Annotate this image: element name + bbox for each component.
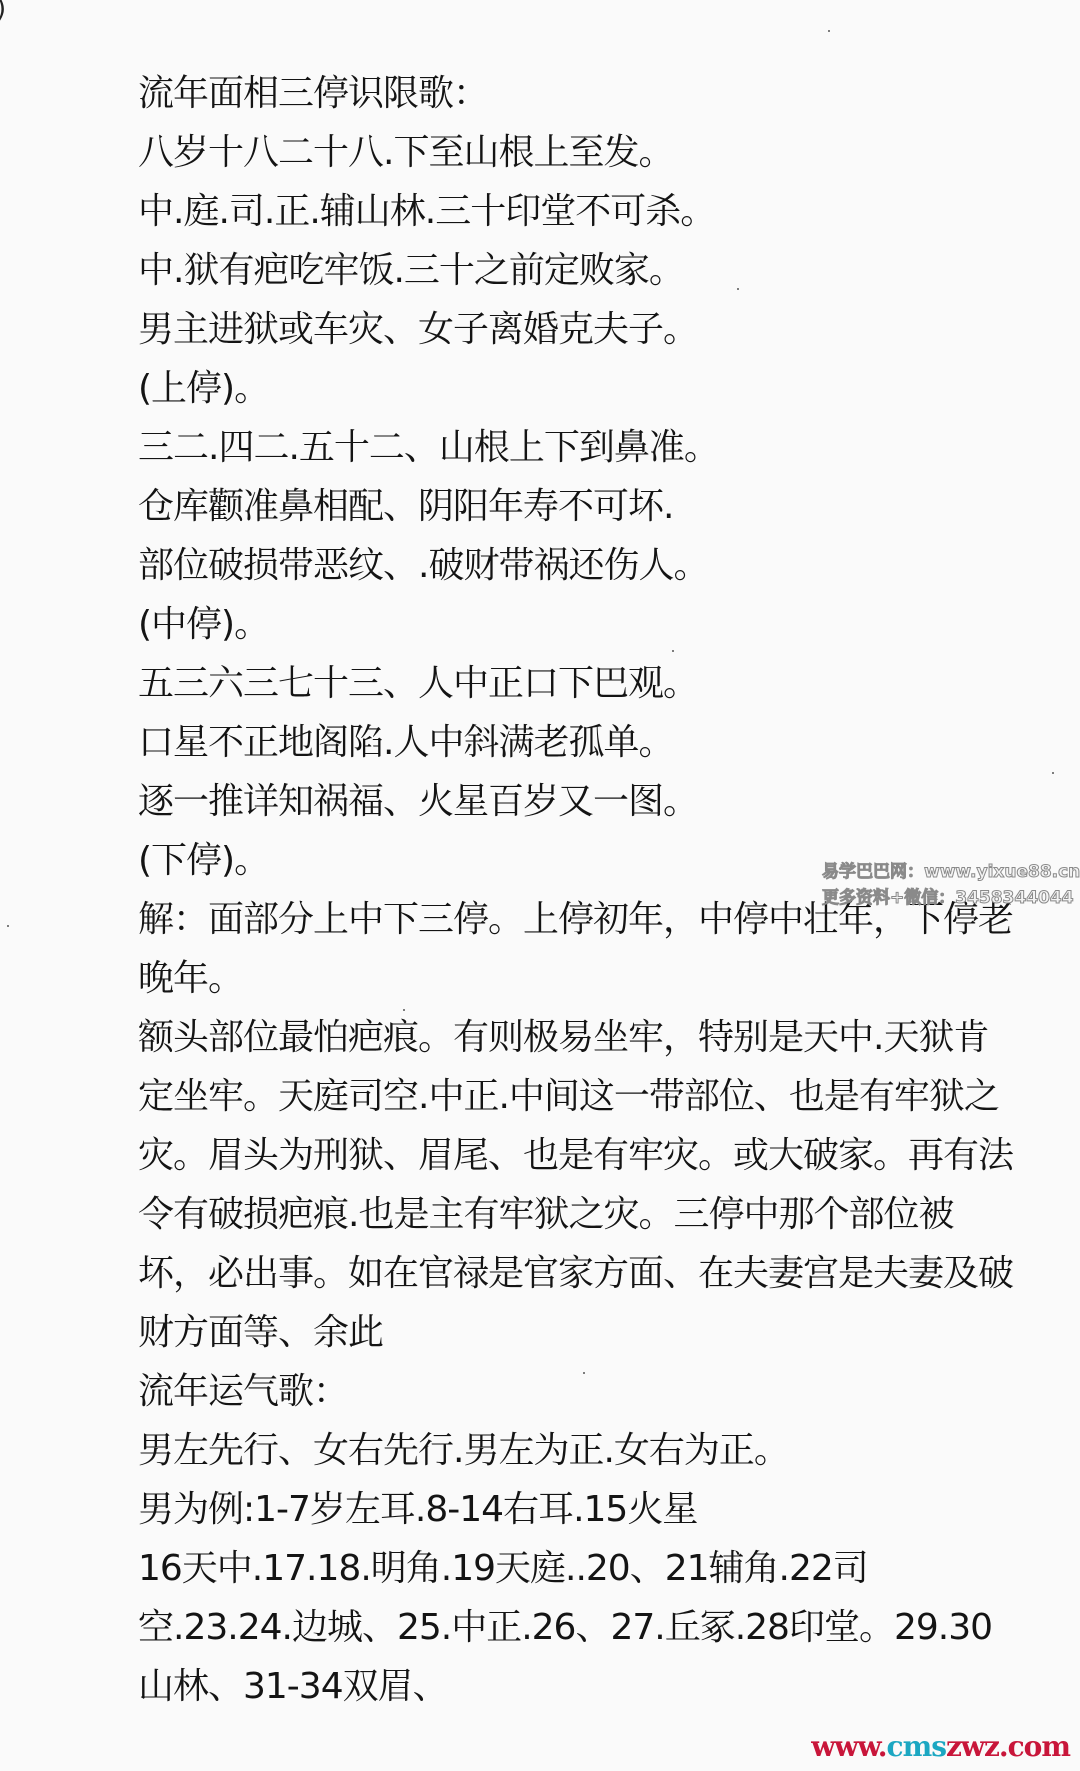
watermark-contact: 更多资料+微信：3458344044	[822, 886, 1074, 910]
verse-line: 仓库颧准鼻相配、阴阳年寿不可坏.	[138, 477, 1038, 536]
scan-speck	[672, 650, 674, 652]
verse-line: 逐一推详知祸福、火星百岁又一图。	[138, 772, 1038, 831]
zone-label-middle: (中停)。	[138, 595, 1038, 654]
section-title-three-zones-song: 流年面相三停识限歌：	[138, 64, 1038, 123]
scan-speck	[1052, 772, 1054, 774]
explanation-line: 令有破损疤痕.也是主有牢狱之灾。三停中那个部位被	[138, 1185, 1038, 1244]
explanation-line: 财方面等、余此	[138, 1303, 1038, 1362]
scan-speck	[583, 1372, 585, 1374]
verse-line: 五三六三七十三、人中正口下巴观。	[138, 654, 1038, 713]
watermark-footer: www.cmszwz.com	[811, 1730, 1070, 1763]
verse-line: 口星不正地阁陷.人中斜满老孤单。	[138, 713, 1038, 772]
verse-line: 部位破损带恶纹、.破财带祸还伤人。	[138, 536, 1038, 595]
fortune-line: 男左先行、女右先行.男左为正.女右为正。	[138, 1421, 1038, 1480]
zone-label-upper: (上停)。	[138, 359, 1038, 418]
scan-speck	[403, 1009, 405, 1011]
fortune-line: 16天中.17.18.明角.19天庭..20、21辅角.22司	[138, 1539, 1038, 1598]
scan-speck	[828, 30, 830, 32]
watermark-site: 易学巴巴网：www.yixue88.cn	[822, 860, 1080, 884]
watermark-footer-suffix: zwz.com	[946, 1730, 1070, 1763]
section-title-fortune-song: 流年运气歌：	[138, 1362, 1038, 1421]
verse-line: 八岁十八二十八.下至山根上至发。	[138, 123, 1038, 182]
fortune-line: 男为例:1-7岁左耳.8-14右耳.15火星	[138, 1480, 1038, 1539]
fortune-line: 空.23.24.边城、25.中正.26、27.丘冢.28印堂。29.30	[138, 1598, 1038, 1657]
scan-speck	[737, 288, 739, 290]
verse-line: 男主进狱或车灾、女子离婚克夫子。	[138, 300, 1038, 359]
page-corner-bracket: )	[0, 0, 6, 24]
explanation-line: 灾。眉头为刑狱、眉尾、也是有牢灾。或大破家。再有法	[138, 1126, 1038, 1185]
verse-line: 三二.四二.五十二、山根上下到鼻准。	[138, 418, 1038, 477]
scan-speck	[7, 925, 9, 927]
watermark-footer-prefix: www.	[811, 1730, 886, 1763]
explanation-line: 额头部位最怕疤痕。有则极易坐牢，特别是天中.天狱肯	[138, 1008, 1038, 1067]
explanation-line: 坏，必出事。如在官禄是官家方面、在夫妻宫是夫妻及破	[138, 1244, 1038, 1303]
fortune-line: 山林、31-34双眉、	[138, 1657, 1038, 1716]
explanation-line: 晚年。	[138, 949, 1038, 1008]
verse-line: 中.庭.司.正.辅山林.三十印堂不可杀。	[138, 182, 1038, 241]
watermark-footer-middle: cms	[887, 1730, 946, 1763]
verse-line: 中.狱有疤吃牢饭.三十之前定败家。	[138, 241, 1038, 300]
explanation-line: 定坐牢。天庭司空.中正.中间这一带部位、也是有牢狱之	[138, 1067, 1038, 1126]
